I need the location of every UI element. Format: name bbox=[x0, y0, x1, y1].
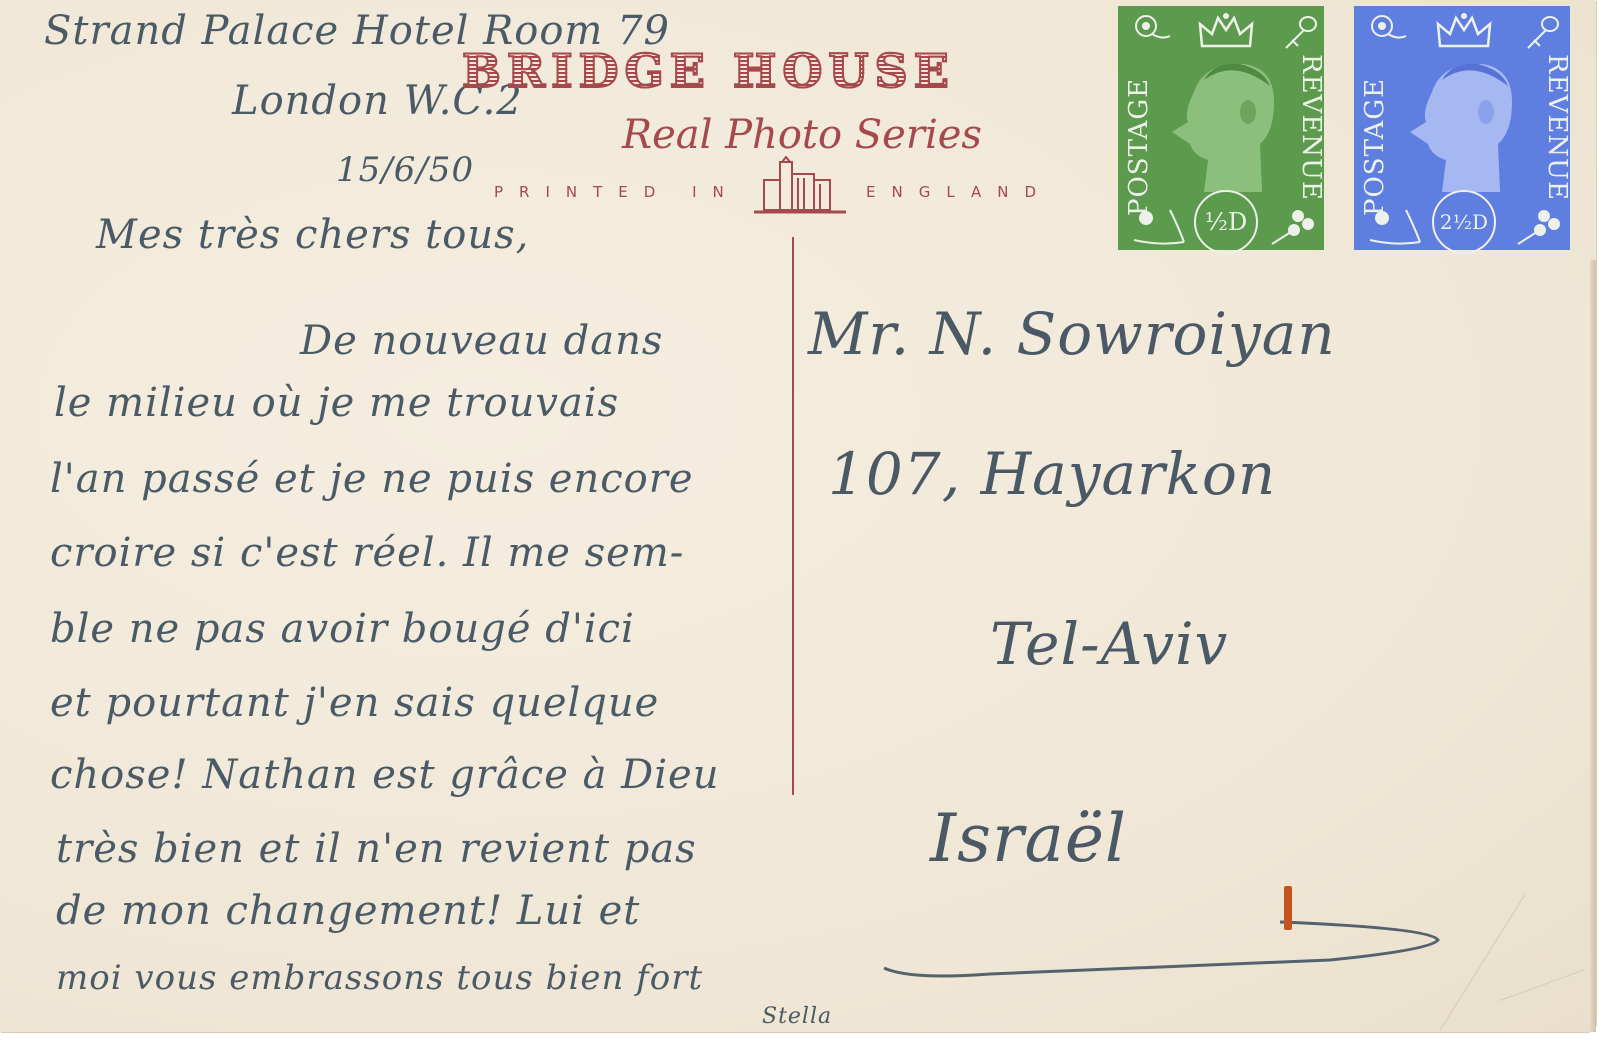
publisher-series: Real Photo Series bbox=[622, 112, 982, 158]
crown-icon bbox=[1196, 12, 1256, 52]
message-line: et pourtant j'en sais quelque bbox=[50, 680, 659, 726]
stamp-postage-text: POSTAGE bbox=[1360, 78, 1390, 216]
message-salutation: Mes très chers tous, bbox=[96, 212, 529, 258]
building-icon bbox=[752, 156, 848, 214]
letter-date: 15/6/50 bbox=[336, 150, 474, 190]
card-edge bbox=[1590, 260, 1596, 1032]
daffodil-icon bbox=[1366, 206, 1422, 246]
message-line: croire si c'est réel. Il me sem- bbox=[50, 530, 684, 576]
message-line: moi vous embrassons tous bien fort bbox=[56, 958, 703, 998]
address-underline-flourish bbox=[870, 900, 1470, 980]
printed-in-left: PRINTED IN bbox=[494, 183, 740, 201]
shamrock-icon bbox=[1514, 206, 1564, 246]
stamp-postage-text: POSTAGE bbox=[1124, 78, 1154, 216]
signature: Stella bbox=[762, 1004, 832, 1029]
shamrock-icon bbox=[1268, 206, 1318, 246]
paper-crease bbox=[1500, 969, 1585, 1001]
message-line: très bien et il n'en revient pas bbox=[56, 826, 697, 872]
printed-in-right: ENGLAND bbox=[866, 183, 1052, 201]
stamp-value-badge: 2½D bbox=[1432, 190, 1496, 254]
postcard-back: Strand Palace Hotel Room 79 London W.C.2… bbox=[0, 0, 1596, 1032]
message-line: ble ne pas avoir bougé d'ici bbox=[50, 606, 635, 652]
recipient-city: Tel-Aviv bbox=[990, 610, 1228, 678]
message-line: chose! Nathan est grâce à Dieu bbox=[50, 752, 719, 798]
publisher-title: BRIDGE HOUSE bbox=[462, 44, 955, 98]
message-line: l'an passé et je ne puis encore bbox=[50, 456, 694, 502]
stamp-revenue-text: REVENUE bbox=[1542, 54, 1572, 201]
stamp-revenue-text: REVENUE bbox=[1296, 54, 1326, 201]
recipient-country: Israël bbox=[930, 800, 1127, 877]
recipient-name: Mr. N. Sowroiyan bbox=[808, 300, 1336, 368]
message-line: de mon changement! Lui et bbox=[56, 888, 640, 934]
address-divider-line bbox=[792, 237, 794, 795]
stamp-two-and-half-penny: POSTAGE REVENUE 2½D bbox=[1348, 0, 1576, 256]
message-line: De nouveau dans bbox=[300, 318, 663, 364]
rose-icon bbox=[1368, 12, 1408, 48]
stamp-half-penny: POSTAGE REVENUE ½D bbox=[1112, 0, 1330, 256]
king-george-vi-portrait-icon bbox=[1402, 52, 1530, 192]
crown-icon bbox=[1434, 12, 1494, 52]
thistle-icon bbox=[1520, 12, 1564, 52]
thistle-icon bbox=[1278, 12, 1322, 52]
stamp-value-badge: ½D bbox=[1194, 190, 1258, 254]
rose-icon bbox=[1132, 12, 1172, 48]
message-line: le milieu où je me trouvais bbox=[54, 380, 619, 426]
ochre-ink-mark bbox=[1284, 886, 1292, 930]
daffodil-icon bbox=[1130, 206, 1186, 246]
recipient-street: 107, Hayarkon bbox=[828, 440, 1276, 508]
king-george-vi-portrait-icon bbox=[1164, 52, 1292, 192]
